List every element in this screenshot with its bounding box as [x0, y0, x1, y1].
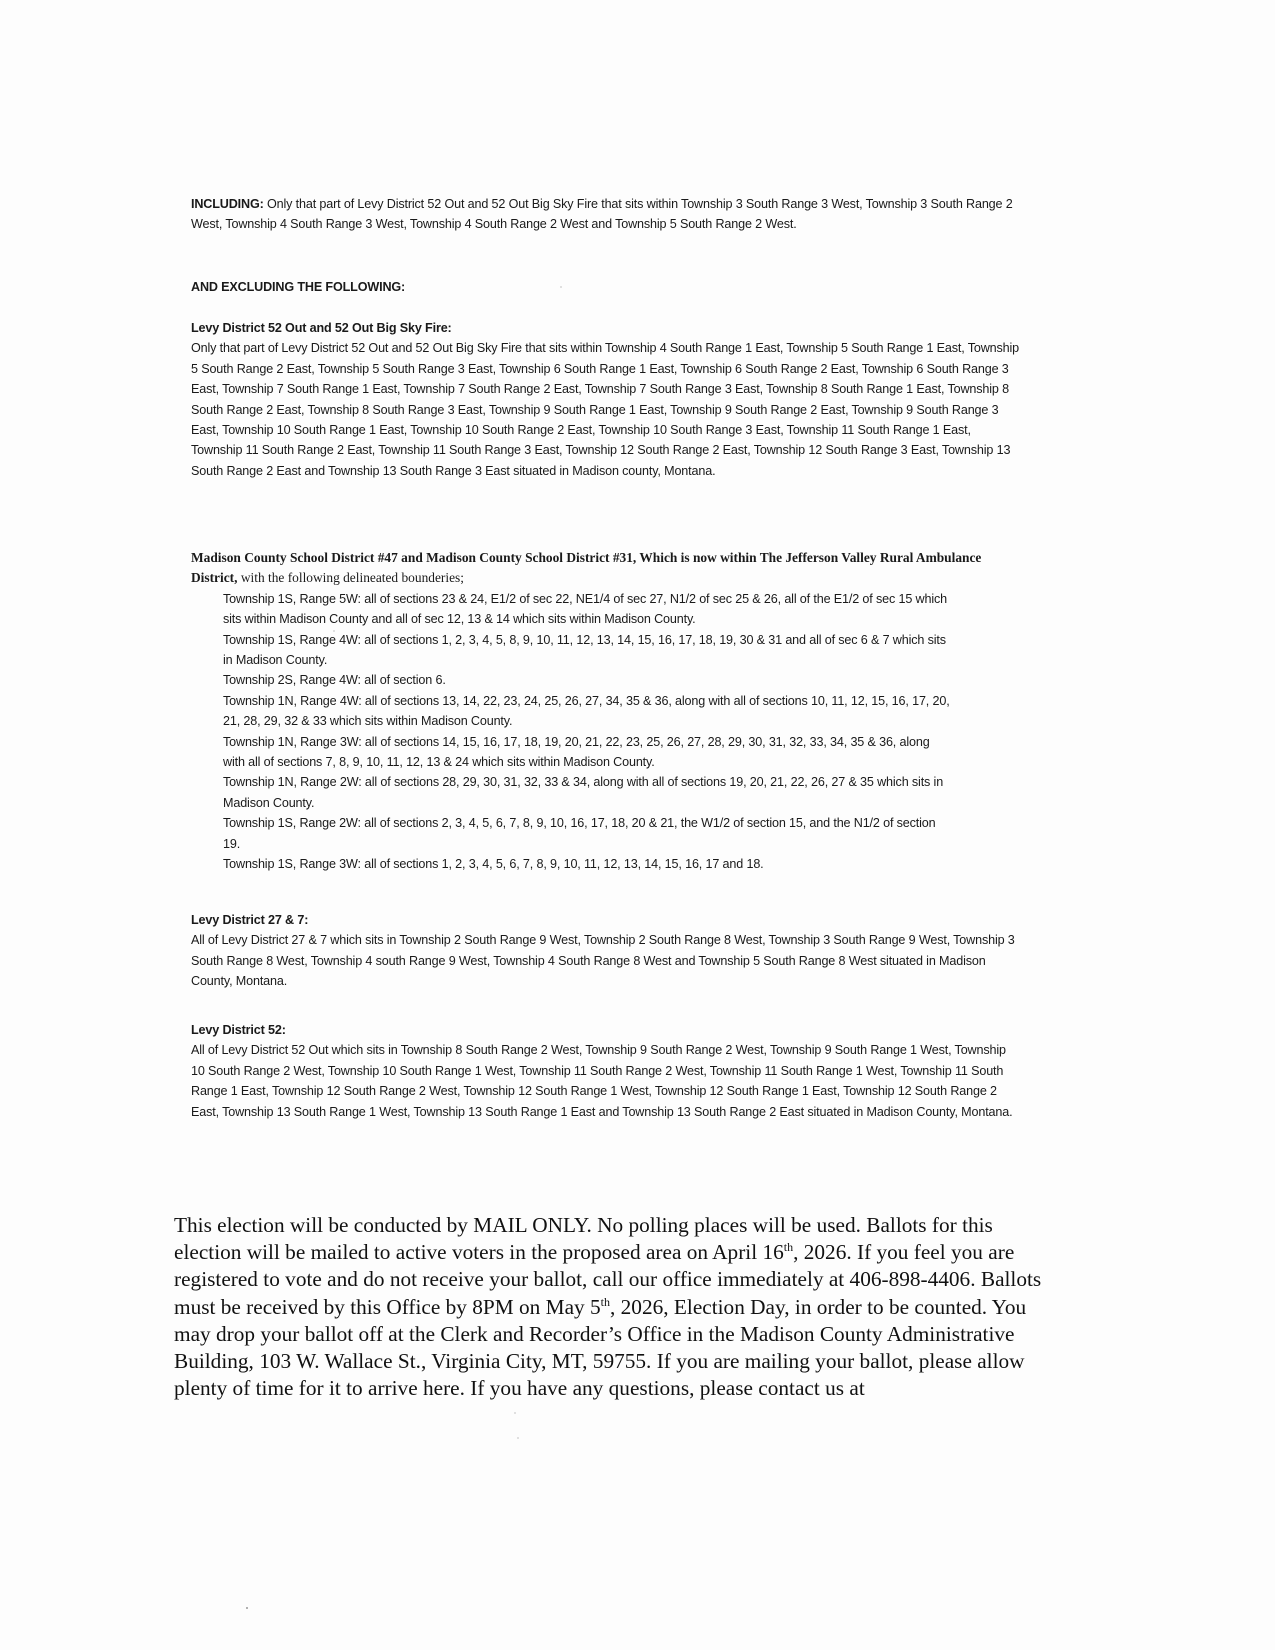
- scan-speck: [514, 1412, 516, 1414]
- township-item: Township 1N, Range 2W: all of sections 2…: [223, 772, 953, 813]
- section-levy-27-7: Levy District 27 & 7: All of Levy Distri…: [191, 910, 1021, 992]
- section-text: Only that part of Levy District 52 Out a…: [191, 338, 1021, 481]
- section-levy-52: Levy District 52: All of Levy District 5…: [191, 1020, 1021, 1122]
- section-heading: Levy District 52 Out and 52 Out Big Sky …: [191, 318, 1021, 338]
- section-heading-rest: with the following delineated bounderies…: [237, 570, 463, 585]
- scan-speck: [560, 286, 562, 288]
- election-notice-paragraph: This election will be conducted by MAIL …: [174, 1212, 1044, 1402]
- ordinal-suffix: th: [784, 1240, 793, 1254]
- township-list: Township 1S, Range 5W: all of sections 2…: [191, 589, 953, 875]
- section-levy-52-out-big-sky: Levy District 52 Out and 52 Out Big Sky …: [191, 318, 1021, 481]
- section-text: All of Levy District 52 Out which sits i…: [191, 1040, 1021, 1122]
- section-heading: Levy District 27 & 7:: [191, 910, 1021, 930]
- section-text: All of Levy District 27 & 7 which sits i…: [191, 930, 1021, 991]
- section-school-districts: Madison County School District #47 and M…: [191, 548, 1011, 875]
- ordinal-suffix: th: [601, 1295, 610, 1309]
- township-item: Township 1S, Range 2W: all of sections 2…: [223, 813, 953, 854]
- township-item: Township 2S, Range 4W: all of section 6.: [223, 670, 953, 690]
- township-item: Township 1N, Range 3W: all of sections 1…: [223, 732, 953, 773]
- including-label: INCLUDING:: [191, 197, 264, 211]
- excluding-heading: AND EXCLUDING THE FOLLOWING:: [191, 277, 1021, 297]
- township-item: Township 1N, Range 4W: all of sections 1…: [223, 691, 953, 732]
- scan-speck: [517, 1437, 519, 1439]
- section-heading: Levy District 52:: [191, 1020, 1021, 1040]
- section-heading: Madison County School District #47 and M…: [191, 548, 1011, 589]
- scan-speck: [246, 1607, 248, 1609]
- including-text: Only that part of Levy District 52 Out a…: [191, 197, 1013, 231]
- township-item: Township 1S, Range 3W: all of sections 1…: [223, 854, 953, 874]
- including-paragraph: INCLUDING: Only that part of Levy Distri…: [191, 194, 1021, 235]
- township-item: Township 1S, Range 5W: all of sections 2…: [223, 589, 953, 630]
- document-page: INCLUDING: Only that part of Levy Distri…: [0, 0, 1275, 1650]
- township-item: Township 1S, Range 4W: all of sections 1…: [223, 630, 953, 671]
- scan-speck: [333, 630, 335, 632]
